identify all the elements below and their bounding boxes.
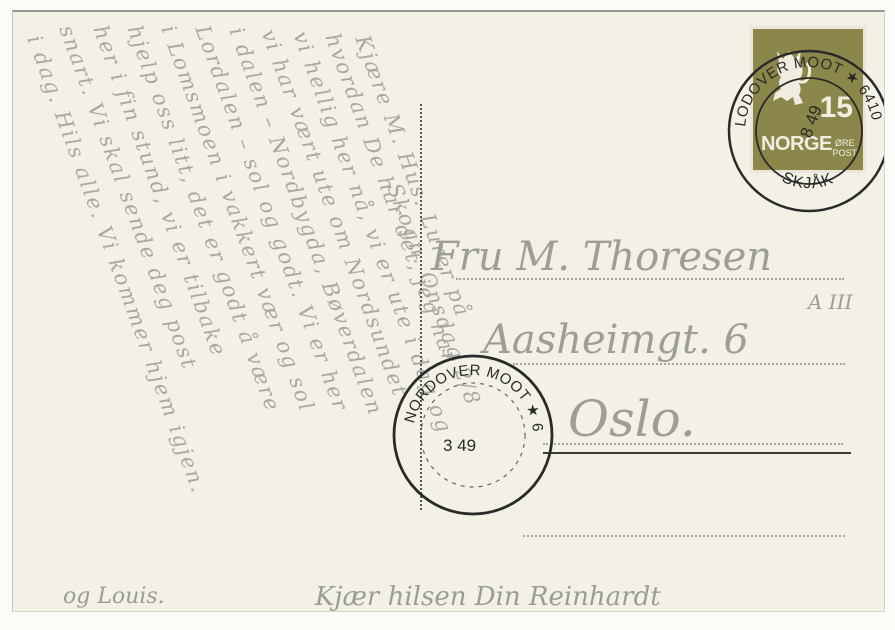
- address-line-4: [523, 535, 845, 537]
- address-apartment: A III: [808, 290, 853, 314]
- address-city: Oslo.: [568, 390, 696, 448]
- closing-signature: Kjær hilsen Din Reinhardt: [315, 582, 661, 612]
- svg-text:8 49: 8 49: [797, 103, 826, 141]
- postmark-second: NORDOVER MOOT ★ 6 3 49: [391, 353, 555, 517]
- address-line-2: [513, 363, 845, 365]
- postmark-skjak: LODOVER MOOT ★ 6410 SKJÅK 8 49: [725, 47, 885, 215]
- svg-text:SKJÅK: SKJÅK: [779, 169, 836, 192]
- svg-text:3 49: 3 49: [443, 436, 476, 455]
- postcard: Skogn. Onsdag 2/8 Kjære M. Hus. Lurer på…: [12, 10, 885, 612]
- address-line-3-underline: [543, 452, 851, 454]
- closing-left: og Louis.: [63, 584, 165, 609]
- address-name: Fru M. Thoresen: [431, 234, 772, 280]
